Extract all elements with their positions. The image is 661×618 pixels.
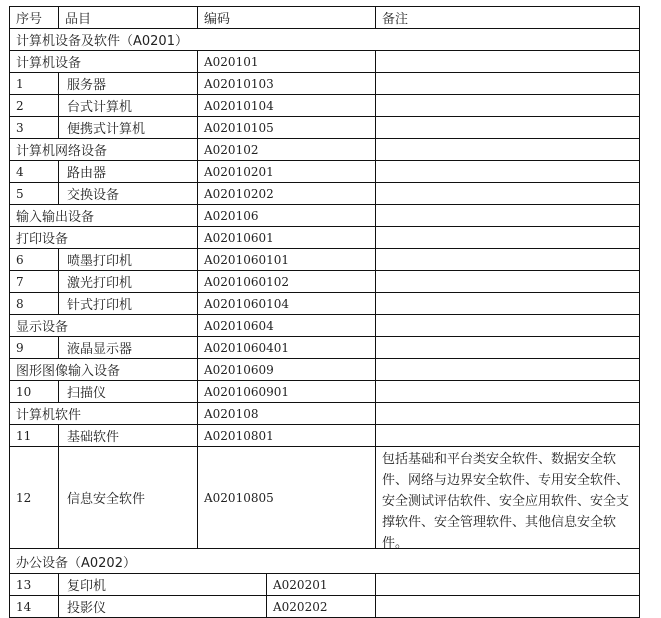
note-cell <box>375 227 639 248</box>
header-note: 备注 <box>375 7 639 28</box>
note-cell <box>375 73 639 94</box>
item-code: A0201060104 <box>197 293 375 314</box>
note-cell <box>375 271 639 292</box>
table-row: 13 复印机 A020201 <box>9 574 640 596</box>
note-cell <box>375 51 639 72</box>
item-name: 服务器 <box>58 73 197 94</box>
category-code: A02010609 <box>197 359 375 380</box>
table-row: 12 信息安全软件 A02010805 包括基础和平台类安全软件、数据安全软件、… <box>9 447 640 549</box>
table-row: 2 台式计算机 A02010104 <box>9 95 640 117</box>
category-name: 打印设备 <box>10 227 197 248</box>
category-name: 计算机网络设备 <box>10 139 197 160</box>
category-name: 显示设备 <box>10 315 197 336</box>
group-row: 计算机设备及软件（A0201） <box>9 29 640 51</box>
item-code: A0201060901 <box>197 381 375 402</box>
note-cell <box>375 117 639 138</box>
table-row: 14 投影仪 A020202 <box>9 596 640 618</box>
note-cell: 包括基础和平台类安全软件、数据安全软件、网络与边界安全软件、专用安全软件、安全测… <box>375 447 639 548</box>
item-name: 复印机 <box>58 574 266 595</box>
category-code: A020106 <box>197 205 375 226</box>
note-cell <box>375 293 639 314</box>
item-code: A020201 <box>266 574 375 595</box>
item-code: A0201060401 <box>197 337 375 358</box>
group-title: 办公设备（A0202） <box>10 549 639 573</box>
table-row: 6 喷墨打印机 A0201060101 <box>9 249 640 271</box>
note-cell <box>375 381 639 402</box>
item-name: 基础软件 <box>58 425 197 446</box>
item-code: A020202 <box>266 596 375 617</box>
category-code: A020101 <box>197 51 375 72</box>
item-no: 8 <box>10 293 58 314</box>
item-no: 12 <box>10 447 58 548</box>
item-name: 交换设备 <box>58 183 197 204</box>
item-code: A02010202 <box>197 183 375 204</box>
category-row: 图形图像输入设备 A02010609 <box>9 359 640 381</box>
table-row: 3 便携式计算机 A02010105 <box>9 117 640 139</box>
item-name: 喷墨打印机 <box>58 249 197 270</box>
item-name: 信息安全软件 <box>58 447 197 548</box>
item-code: A0201060101 <box>197 249 375 270</box>
item-no: 5 <box>10 183 58 204</box>
item-code: A02010104 <box>197 95 375 116</box>
category-name: 输入输出设备 <box>10 205 197 226</box>
category-name: 图形图像输入设备 <box>10 359 197 380</box>
table-row: 10 扫描仪 A0201060901 <box>9 381 640 403</box>
item-no: 3 <box>10 117 58 138</box>
category-row: 输入输出设备 A020106 <box>9 205 640 227</box>
item-name: 投影仪 <box>58 596 266 617</box>
table-header-row: 序号 品目 编码 备注 <box>9 6 640 29</box>
category-row: 显示设备 A02010604 <box>9 315 640 337</box>
item-code: A02010805 <box>197 447 375 548</box>
item-no: 14 <box>10 596 58 617</box>
item-name: 路由器 <box>58 161 197 182</box>
item-no: 10 <box>10 381 58 402</box>
item-name: 液晶显示器 <box>58 337 197 358</box>
category-name: 计算机设备 <box>10 51 197 72</box>
item-no: 2 <box>10 95 58 116</box>
category-row: 计算机设备 A020101 <box>9 51 640 73</box>
note-cell <box>375 205 639 226</box>
category-row: 计算机软件 A020108 <box>9 403 640 425</box>
table-row: 7 激光打印机 A0201060102 <box>9 271 640 293</box>
table-row: 5 交换设备 A02010202 <box>9 183 640 205</box>
note-cell <box>375 403 639 424</box>
item-code: A0201060102 <box>197 271 375 292</box>
procurement-catalog-table: 序号 品目 编码 备注 计算机设备及软件（A0201） 计算机设备 A02010… <box>9 6 640 618</box>
note-cell <box>375 425 639 446</box>
note-cell <box>375 161 639 182</box>
table-row: 1 服务器 A02010103 <box>9 73 640 95</box>
item-no: 11 <box>10 425 58 446</box>
item-no: 6 <box>10 249 58 270</box>
category-code: A020108 <box>197 403 375 424</box>
category-row: 计算机网络设备 A020102 <box>9 139 640 161</box>
note-cell <box>375 574 639 595</box>
item-code: A02010801 <box>197 425 375 446</box>
note-cell <box>375 249 639 270</box>
table-row: 8 针式打印机 A0201060104 <box>9 293 640 315</box>
category-name: 计算机软件 <box>10 403 197 424</box>
header-name: 品目 <box>58 7 197 28</box>
table-row: 11 基础软件 A02010801 <box>9 425 640 447</box>
category-row: 打印设备 A02010601 <box>9 227 640 249</box>
table-row: 4 路由器 A02010201 <box>9 161 640 183</box>
item-name: 扫描仪 <box>58 381 197 402</box>
item-code: A02010105 <box>197 117 375 138</box>
item-code: A02010201 <box>197 161 375 182</box>
note-cell <box>375 596 639 617</box>
category-code: A02010604 <box>197 315 375 336</box>
item-name: 激光打印机 <box>58 271 197 292</box>
item-name: 便携式计算机 <box>58 117 197 138</box>
header-code: 编码 <box>197 7 375 28</box>
table-row: 9 液晶显示器 A0201060401 <box>9 337 640 359</box>
note-cell <box>375 95 639 116</box>
note-cell <box>375 315 639 336</box>
note-cell <box>375 183 639 204</box>
note-cell <box>375 359 639 380</box>
item-name: 针式打印机 <box>58 293 197 314</box>
category-code: A020102 <box>197 139 375 160</box>
item-name: 台式计算机 <box>58 95 197 116</box>
note-cell <box>375 337 639 358</box>
item-no: 13 <box>10 574 58 595</box>
category-code: A02010601 <box>197 227 375 248</box>
item-no: 7 <box>10 271 58 292</box>
item-no: 1 <box>10 73 58 94</box>
group-title: 计算机设备及软件（A0201） <box>10 29 639 50</box>
item-code: A02010103 <box>197 73 375 94</box>
group-row: 办公设备（A0202） <box>9 549 640 574</box>
note-cell <box>375 139 639 160</box>
header-no: 序号 <box>10 7 58 28</box>
item-no: 4 <box>10 161 58 182</box>
item-no: 9 <box>10 337 58 358</box>
